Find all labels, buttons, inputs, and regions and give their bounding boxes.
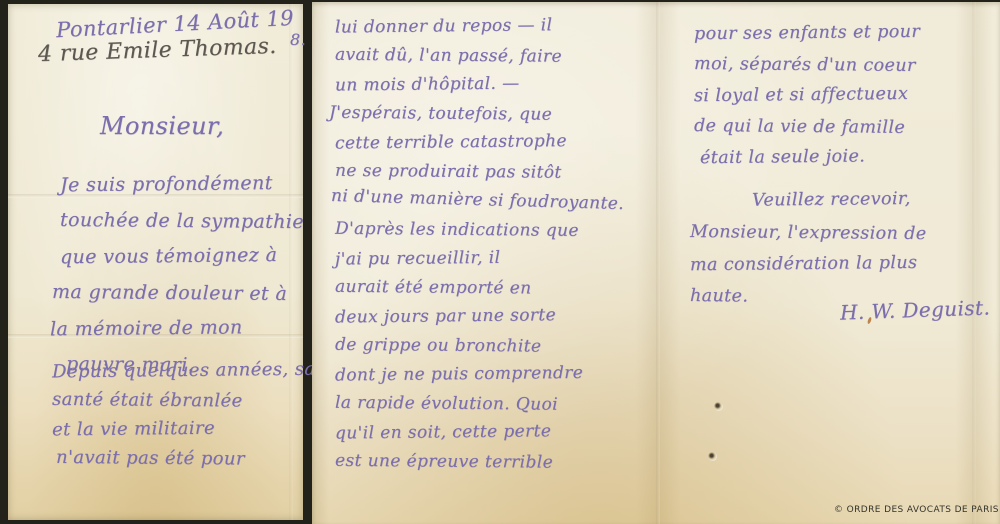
handwriting-line: Veuillez recevoir, [690,183,927,217]
letter-paragraph: Depuis quelques années, sa santé était é… [52,356,315,472]
letter-dateline-year-digit: 8. [290,30,306,49]
handwriting-line: santé était ébranlée [52,385,316,416]
handwriting-line: est une épreuve terrible [335,447,624,479]
handwriting-line: la rapide évolution. Quoi [335,389,624,421]
center-fold-crease [656,2,660,524]
archive-credit: © ORDRE DES AVOCATS DE PARIS [834,505,999,515]
handwriting-line: cette terrible catastrophe [335,126,624,158]
handwriting-line: avait dû, l'an passé, faire [335,41,624,73]
letter-paragraph: lui donner du repos — il avait dû, l'an … [335,12,624,476]
letter-page-1: Pontarlier 14 Août 19 8. 4 rue Emile Tho… [8,4,303,520]
handwriting-line: si loyal et si affectueux [694,79,920,112]
handwriting-line: aurait été emporté en [335,273,624,305]
handwriting-line: un mois d'hôpital. — [335,68,624,100]
handwriting-line: n'avait pas été pour [56,443,316,474]
handwriting-line: était la seule joie. [700,141,920,174]
handwriting-line: lui donner du repos — il [335,10,624,42]
letter-scan: Pontarlier 14 Août 19 8. 4 rue Emile Tho… [0,0,1000,524]
handwriting-line: la mémoire de mon [50,309,304,348]
letter-paragraph: Je suis profondément touchée de la sympa… [60,166,304,382]
handwriting-line: de grippe ou bronchite [335,331,624,363]
letter-signature: H. W. Deguist. [840,295,991,324]
letter-closing: Veuillez recevoir, Monsieur, l'expressio… [690,184,927,312]
handwriting-line: dont je ne puis comprendre [335,358,624,390]
handwriting-line: pour ses enfants et pour [694,17,920,50]
paper-hole [708,452,717,461]
handwriting-line: deux jours par une sorte [335,300,624,332]
letter-pages-2-3: lui donner du repos — il avait dû, l'an … [312,2,1000,524]
handwriting-line: Depuis quelques années, sa [52,355,316,387]
letter-paragraph: pour ses enfants et pour moi, séparés d'… [694,18,920,173]
handwriting-line: qu'il en soit, cette perte [335,416,624,448]
handwriting-line: j'ai pu recueillir, il [335,242,624,274]
fold-crease [972,2,976,524]
handwriting-line: Monsieur, l'expression de [690,216,927,250]
handwriting-line: que vous témoignez à [60,237,304,276]
handwriting-line: touchée de la sympathie [60,202,304,240]
handwriting-line: Je suis profondément [60,165,304,204]
handwriting-line: ma considération la plus [690,247,927,281]
paper-hole [714,402,723,411]
handwriting-line: J'espérais, toutefois, que [329,99,624,131]
handwriting-line: et la vie militaire [52,413,316,445]
handwriting-line: ma grande douleur et à [52,274,304,312]
handwriting-line: D'après les indications que [335,215,624,247]
handwriting-line: moi, séparés d'un coeur [694,49,920,82]
handwriting-line: de qui la vie de famille [694,111,920,144]
letter-salutation: Monsieur, [100,112,224,140]
